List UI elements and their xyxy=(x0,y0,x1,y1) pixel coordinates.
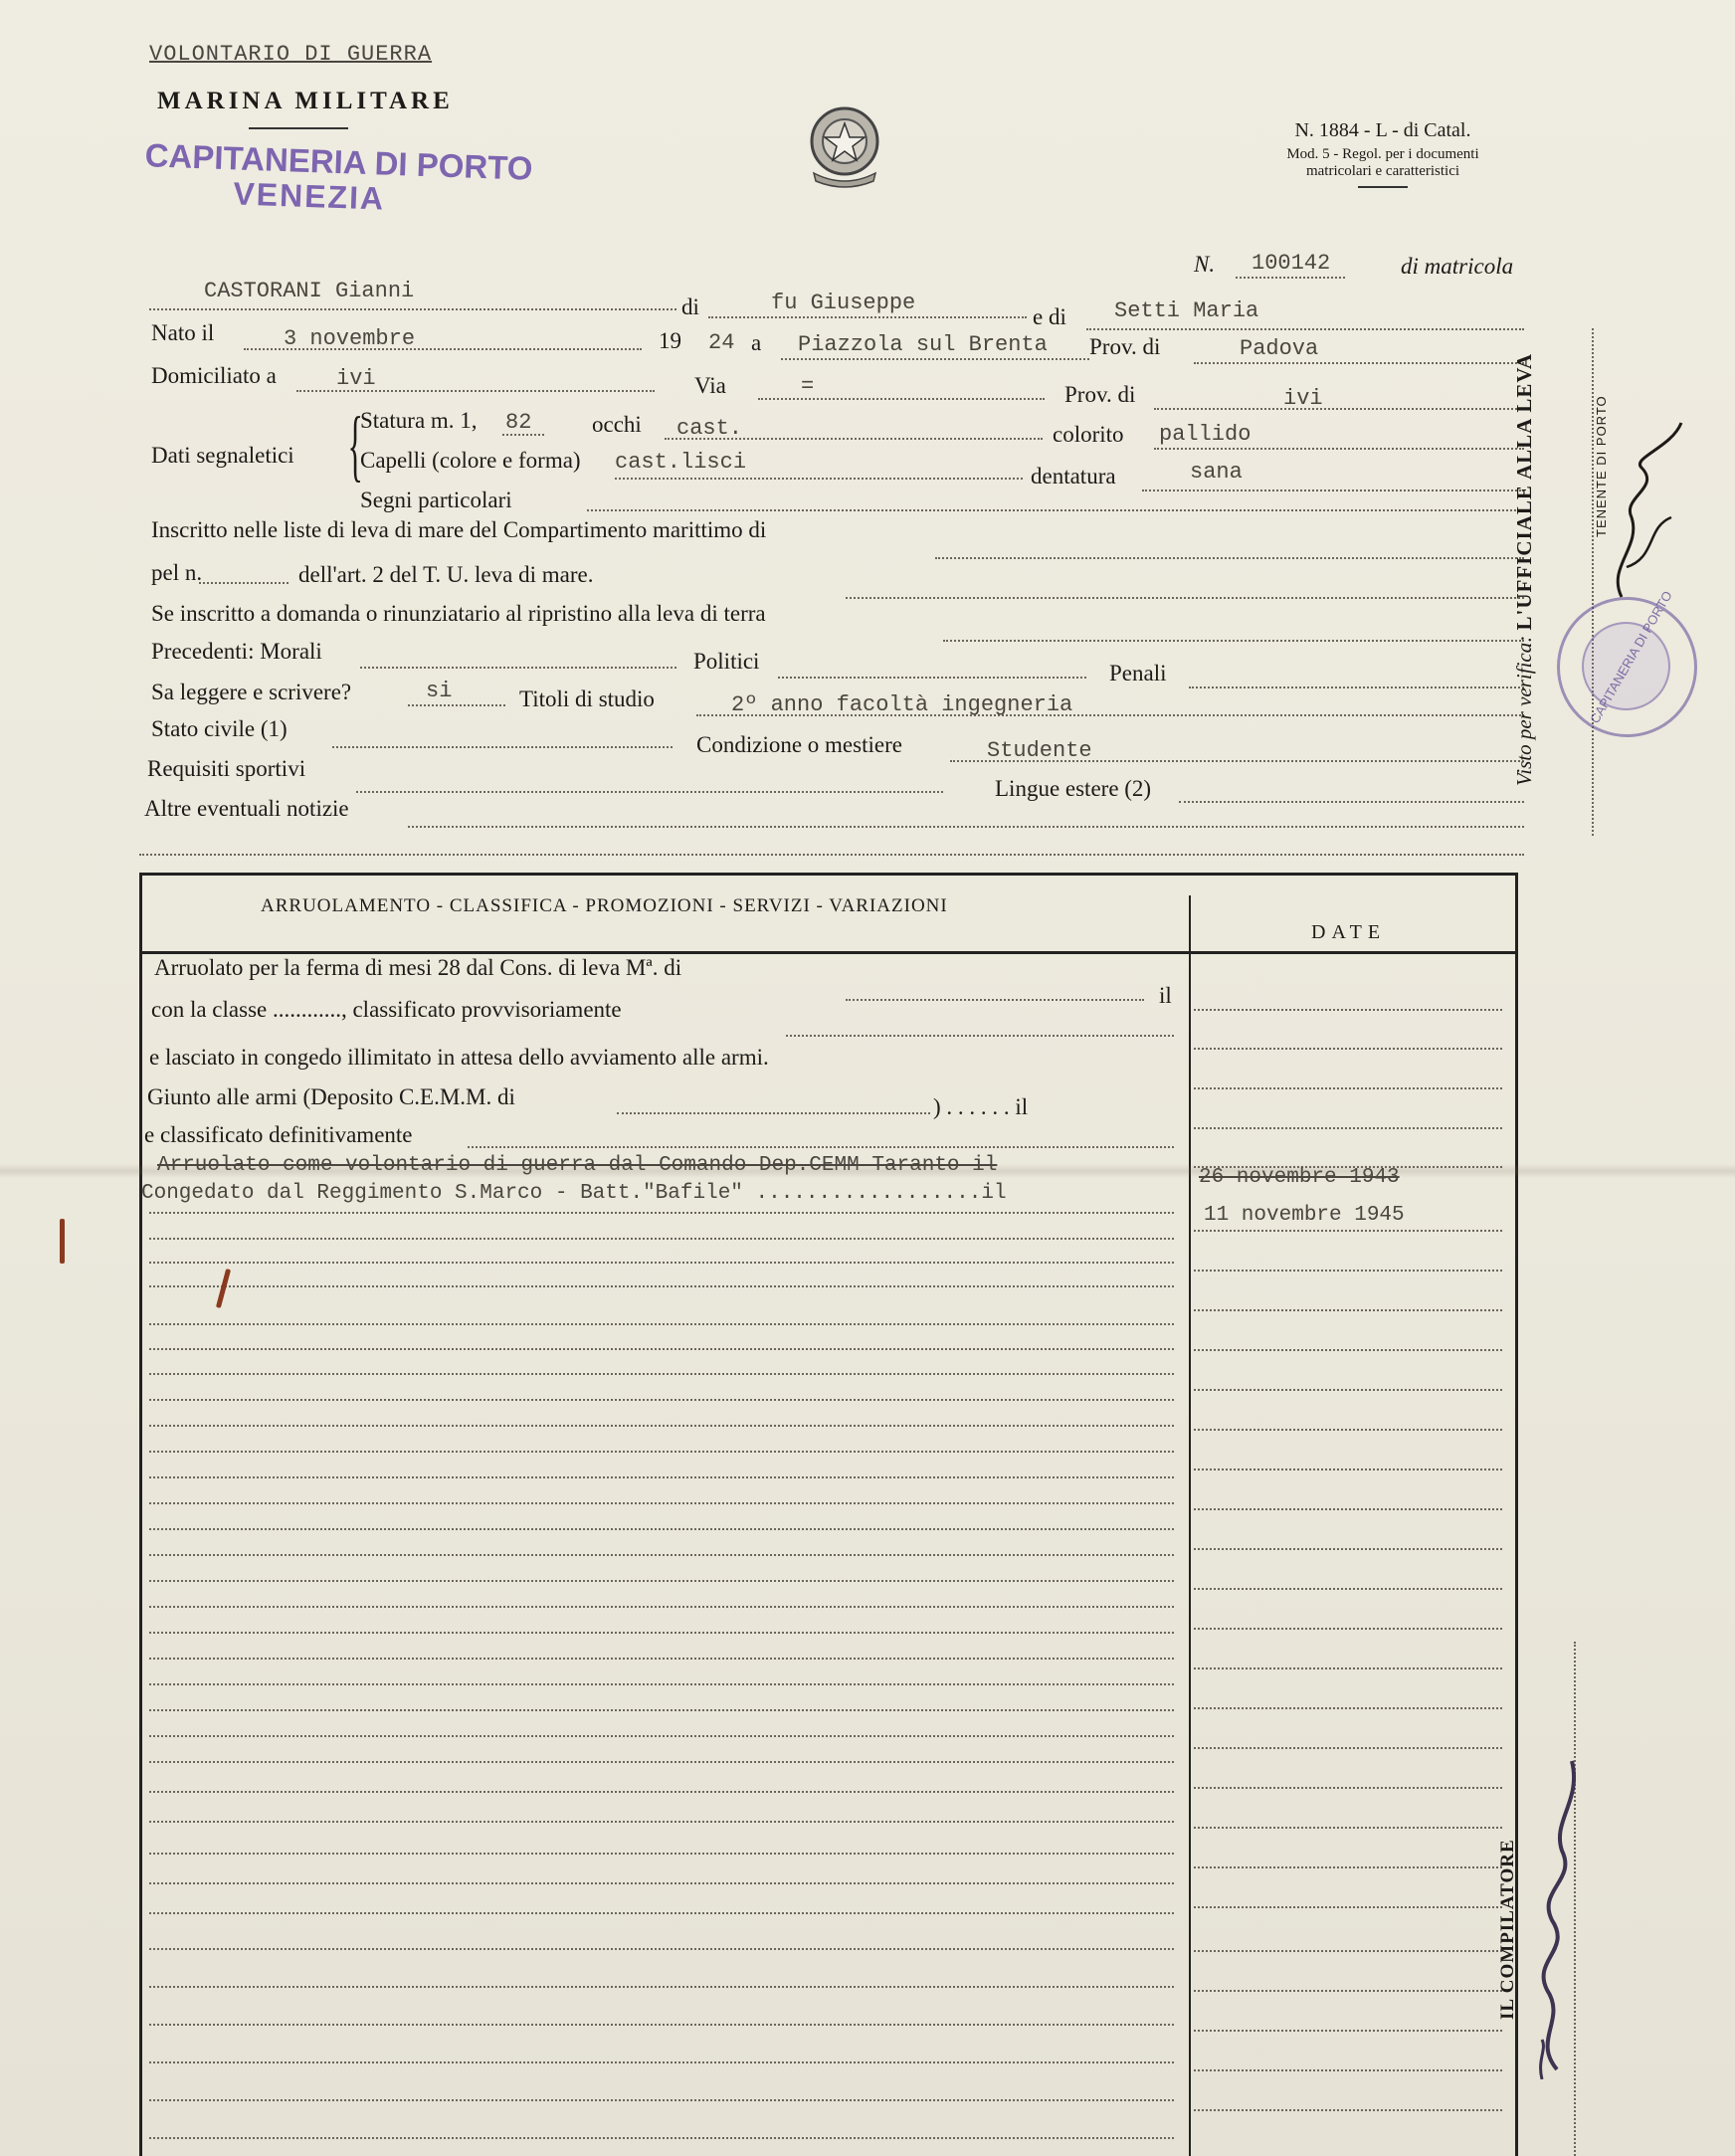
ruled-line xyxy=(149,2024,1174,2026)
ruled-line xyxy=(149,1791,1174,1793)
separator-line xyxy=(139,854,1524,856)
document-page: VOLONTARIO DI GUERRA MARINA MILITARE CAP… xyxy=(0,0,1735,2156)
model-ref-2: matricolari e caratteristici xyxy=(1234,163,1532,180)
ruled-line xyxy=(1194,1508,1502,1510)
ruled-line xyxy=(149,1606,1174,1608)
matricola-number: 100142 xyxy=(1252,251,1330,276)
ruled-line xyxy=(1194,1866,1502,1868)
catalog-number: N. 1884 - L - di Catal. xyxy=(1234,119,1532,142)
ruled-line xyxy=(1194,1906,1502,1908)
ruled-line xyxy=(149,1285,1174,1287)
height-line xyxy=(502,434,544,436)
ruled-line xyxy=(1194,1588,1502,1590)
volunteer-label: VOLONTARIO DI GUERRA xyxy=(149,42,432,67)
born-prov-label: Prov. di xyxy=(1089,334,1160,360)
read-write-label: Sa leggere e scrivere? xyxy=(151,680,351,705)
descriptors-label: Dati segnaletici xyxy=(151,443,294,469)
date-line xyxy=(1194,1009,1502,1011)
ruled-line xyxy=(149,1580,1174,1582)
hair-line xyxy=(615,478,1023,480)
ruled-line xyxy=(1194,1747,1502,1749)
ruled-line xyxy=(149,2061,1174,2063)
domicile-prov: ivi xyxy=(1283,386,1323,411)
penal-line xyxy=(1189,686,1524,688)
precedents-label: Precedenti: Morali xyxy=(151,639,322,665)
ruled-line xyxy=(149,1912,1174,1914)
complexion-value: pallido xyxy=(1159,422,1251,447)
printed-row-4-line xyxy=(617,1112,930,1114)
born-place-label: a xyxy=(751,330,761,356)
languages-line xyxy=(1179,801,1524,803)
matricola-prefix: N. xyxy=(1194,252,1215,278)
penal-label: Penali xyxy=(1109,661,1167,686)
ruled-line xyxy=(149,1425,1174,1427)
ruled-line xyxy=(149,2137,1174,2139)
ruled-line xyxy=(1194,1707,1502,1709)
ruled-line xyxy=(149,1554,1174,1556)
table-top-border xyxy=(139,873,1515,876)
ruled-line xyxy=(1194,1389,1502,1391)
person-name: CASTORANI Gianni xyxy=(204,279,414,303)
domicile: ivi xyxy=(336,366,376,391)
height-value: 82 xyxy=(505,410,531,435)
printed-row-4-suffix: ) . . . . . . il xyxy=(933,1094,1028,1120)
via-label: Via xyxy=(694,373,726,399)
ruled-line xyxy=(149,1502,1174,1504)
teeth-label: dentatura xyxy=(1031,464,1116,490)
printed-row-1-suffix: il xyxy=(1159,983,1172,1009)
ruled-line xyxy=(1194,1548,1502,1550)
organization-title: MARINA MILITARE xyxy=(157,88,454,115)
verification-block: Visto per verifica: L'UFFICIALE ALLA LEV… xyxy=(1512,353,1537,786)
officer-signature-icon xyxy=(1602,418,1691,617)
paper-fold xyxy=(0,1164,1735,1178)
ruled-line xyxy=(1194,2109,1502,2111)
compiler-label: IL COMPILATORE xyxy=(1497,1839,1519,2020)
ruled-line xyxy=(149,1735,1174,1737)
italian-republic-emblem-icon xyxy=(804,101,885,191)
entry-text: Congedato dal Reggimento S.Marco - Batt.… xyxy=(141,1182,1007,1205)
ruled-line xyxy=(1194,1349,1502,1351)
teeth-value: sana xyxy=(1190,460,1243,485)
other-line xyxy=(408,826,1524,828)
born-year-prefix: 19 xyxy=(659,328,681,354)
date-line xyxy=(1194,1048,1502,1050)
civil-status-label: Stato civile (1) xyxy=(151,716,288,742)
languages-label: Lingue estere (2) xyxy=(995,776,1151,802)
civil-status-line xyxy=(332,746,673,748)
ruled-line xyxy=(1194,2030,1502,2032)
office-stamp: CAPITANERIA DI PORTO VENEZIA xyxy=(143,137,533,222)
eyes-value: cast. xyxy=(676,416,742,441)
renounce-line xyxy=(943,640,1524,642)
ruled-line xyxy=(149,1709,1174,1711)
domicile-prov-line xyxy=(1154,408,1524,410)
ruled-line xyxy=(149,1373,1174,1375)
inscribed-line xyxy=(935,557,1524,559)
title-rule xyxy=(249,127,348,129)
col-dates-header: DATE xyxy=(1311,921,1386,944)
ruled-line xyxy=(149,1399,1174,1401)
read-write-line xyxy=(408,704,505,706)
ruled-line xyxy=(149,1212,1174,1214)
complexion-line xyxy=(1154,448,1524,450)
compiler-signature-icon xyxy=(1527,1751,1597,2079)
printed-row-1-line xyxy=(846,999,1144,1001)
morals-line xyxy=(360,667,676,669)
domicile-label: Domiciliato a xyxy=(151,363,277,389)
ruled-line xyxy=(149,1882,1174,1884)
marks-line xyxy=(587,509,1524,511)
other-label: Altre eventuali notizie xyxy=(144,796,349,822)
hair-label: Capelli (colore e forma) xyxy=(360,448,581,474)
ruled-line xyxy=(1194,1309,1502,1311)
ruled-line xyxy=(1194,1950,1502,1952)
occupation-label: Condizione o mestiere xyxy=(696,732,902,758)
ruled-line xyxy=(1194,1667,1502,1669)
ruled-line xyxy=(149,1238,1174,1240)
visto-label: Visto per verifica: xyxy=(1512,636,1536,786)
father-name: fu Giuseppe xyxy=(771,291,915,315)
model-ref: Mod. 5 - Regol. per i documenti xyxy=(1234,146,1532,163)
mother-line xyxy=(1086,328,1524,330)
table-column-divider xyxy=(1189,895,1191,2156)
ruled-line xyxy=(1194,1270,1502,1272)
marks-label: Segni particolari xyxy=(360,488,512,513)
printed-row-2: con la classe ............, classificato… xyxy=(151,997,622,1023)
eyes-label: occhi xyxy=(592,412,642,438)
printed-row-5-line xyxy=(468,1146,1174,1148)
ruled-line xyxy=(1194,1787,1502,1789)
printed-row-4: Giunto alle armi (Deposito C.E.M.M. di xyxy=(147,1084,515,1110)
occupation-value: Studente xyxy=(987,738,1092,763)
ruled-line xyxy=(149,1821,1174,1823)
ruled-line xyxy=(149,1476,1174,1478)
ruled-line xyxy=(149,1658,1174,1660)
domicile-prov-label: Prov. di xyxy=(1064,382,1135,408)
teeth-line xyxy=(1142,490,1524,491)
inscribed-label: Inscritto nelle liste di leva di mare de… xyxy=(151,517,766,543)
ruled-line xyxy=(149,1761,1174,1763)
date-line xyxy=(1194,1087,1502,1089)
born-place-line xyxy=(781,358,1089,360)
round-stamp: CAPITANERIA DI PORTO xyxy=(1557,597,1697,737)
ruled-line xyxy=(1194,1628,1502,1630)
art-label: dell'art. 2 del T. U. leva di mare. xyxy=(298,562,593,588)
art-line xyxy=(846,597,1524,599)
ruled-line xyxy=(149,1853,1174,1855)
ruled-line xyxy=(149,1986,1174,1988)
ruled-line xyxy=(149,1528,1174,1530)
born-label: Nato il xyxy=(151,320,214,346)
renounce-label: Se inscritto a domanda o rinunziatario a… xyxy=(151,601,766,627)
ruled-line xyxy=(1194,1827,1502,1829)
printed-row-2-line xyxy=(786,1035,1174,1037)
ruled-line xyxy=(1194,1230,1502,1232)
name-line xyxy=(149,308,676,310)
ruled-line xyxy=(149,1348,1174,1350)
father-line xyxy=(708,316,1027,318)
printed-row-3: e lasciato in congedo illimitato in atte… xyxy=(149,1045,769,1071)
ruled-line xyxy=(1194,1990,1502,1992)
pel-line xyxy=(199,582,289,584)
ruled-line xyxy=(149,2099,1174,2101)
height-label: Statura m. 1, xyxy=(360,408,478,434)
ruled-line xyxy=(1194,1469,1502,1470)
matricola-line xyxy=(1236,277,1345,279)
read-write-value: si xyxy=(426,679,452,703)
complexion-label: colorito xyxy=(1053,422,1124,448)
born-year: 24 xyxy=(708,330,734,355)
ruled-line xyxy=(149,1632,1174,1634)
printed-row-5: e classificato definitivamente xyxy=(144,1122,413,1148)
officer-label: L'UFFICIALE ALLA LEVA xyxy=(1512,353,1536,631)
ruled-line xyxy=(149,1683,1174,1685)
ruled-line xyxy=(149,1323,1174,1325)
born-place: Piazzola sul Brenta xyxy=(798,332,1048,357)
col-main-header: ARRUOLAMENTO - CLASSIFICA - PROMOZIONI -… xyxy=(261,895,948,917)
study-label: Titoli di studio xyxy=(519,686,655,712)
ruled-line xyxy=(1194,2069,1502,2071)
entry-date: 11 novembre 1945 xyxy=(1204,1204,1405,1227)
mother-label: e di xyxy=(1033,304,1066,330)
ruled-line xyxy=(1194,1429,1502,1431)
via-value: = xyxy=(801,374,814,399)
sports-label: Requisiti sportivi xyxy=(147,756,305,782)
printed-row-1: Arruolato per la ferma di mesi 28 dal Co… xyxy=(154,955,681,981)
hair-value: cast.lisci xyxy=(615,450,746,475)
ruled-line xyxy=(149,1262,1174,1264)
pel-label: pel n. xyxy=(151,560,202,586)
born-date: 3 novembre xyxy=(284,326,415,351)
catalog-rule xyxy=(1358,186,1408,188)
born-prov-line xyxy=(1194,362,1524,364)
mother-name: Setti Maria xyxy=(1114,298,1258,323)
born-prov: Padova xyxy=(1240,336,1318,361)
sports-line xyxy=(356,791,943,793)
political-line xyxy=(778,677,1086,679)
father-label: di xyxy=(681,294,699,320)
date-line xyxy=(1194,1127,1502,1129)
rust-mark xyxy=(60,1219,65,1264)
political-label: Politici xyxy=(693,649,759,675)
ruled-line xyxy=(149,1451,1174,1453)
catalog-block: N. 1884 - L - di Catal. Mod. 5 - Regol. … xyxy=(1234,119,1532,188)
ruled-line xyxy=(149,1948,1174,1950)
table-header-border xyxy=(139,951,1515,954)
study-value: 2º anno facoltà ingegneria xyxy=(731,692,1072,717)
matricola-suffix: di matricola xyxy=(1401,254,1513,280)
